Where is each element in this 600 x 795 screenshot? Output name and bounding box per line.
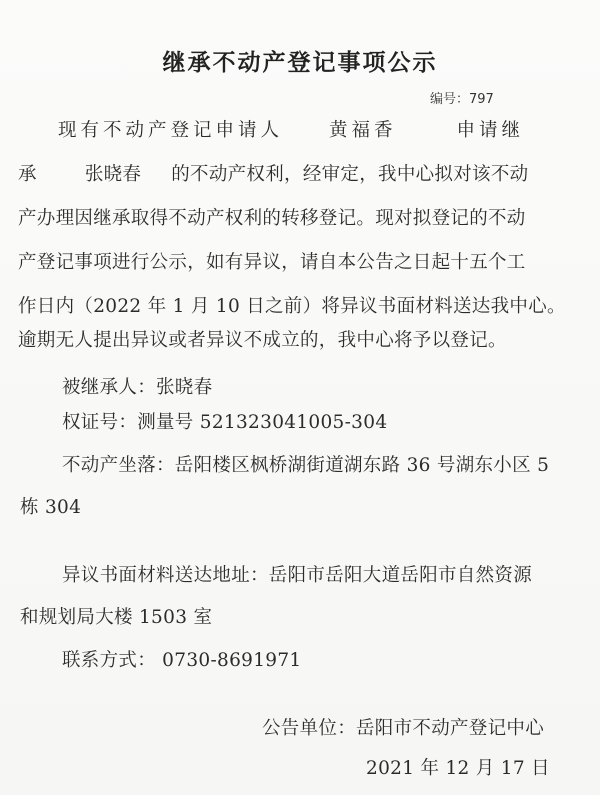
body-line-2-prefix: 承 xyxy=(18,164,37,185)
property-location-line-1: 不动产坐落：岳阳楼区枫桥湖街道湖东路 36 号湖东小区 5 xyxy=(62,453,549,479)
issuer: 公告单位：岳阳市不动产登记中心 xyxy=(262,716,544,742)
contact-info: 联系方式： 0730-8691971 xyxy=(62,648,302,674)
body-line-1: 现有不动产登记申请人黄福香申请继 xyxy=(58,118,524,144)
body-line-1-suffix: 申请继 xyxy=(457,120,525,141)
decedent-detail: 被继承人：张晓春 xyxy=(62,375,212,401)
issue-date: 2021 年 12 月 17 日 xyxy=(366,756,550,782)
objection-address-line-2: 和规划局大楼 1503 室 xyxy=(20,605,212,631)
body-line-2: 承张晓春的不动产权利，经审定，我中心拟对该不动 xyxy=(18,162,528,188)
document-number: 编号：797 xyxy=(430,88,494,107)
body-line-1-prefix: 现有不动产登记申请人 xyxy=(58,120,283,141)
property-location-line-2: 栋 304 xyxy=(20,495,81,521)
objection-address-line-1: 异议书面材料送达地址：岳阳市岳阳大道岳阳市自然资源 xyxy=(62,563,532,589)
body-line-5: 作日内（2022 年 1 月 10 日之前）将异议书面材料送达我中心。 xyxy=(18,294,566,320)
decedent-name: 张晓春 xyxy=(85,164,141,185)
body-line-6: 逾期无人提出异议或者异议不成立的，我中心将予以登记。 xyxy=(18,328,507,354)
page-title: 继承不动产登记事项公示 xyxy=(0,44,600,77)
body-line-3: 产办理因继承取得不动产权利的转移登记。现对拟登记的不动 xyxy=(18,206,526,232)
body-line-2-suffix: 的不动产权利，经审定，我中心拟对该不动 xyxy=(171,164,528,185)
document-page: 继承不动产登记事项公示 编号：797 现有不动产登记申请人黄福香申请继 承张晓春… xyxy=(0,0,600,795)
certificate-number: 权证号：测量号 521323041005-304 xyxy=(62,410,387,436)
applicant-name: 黄福香 xyxy=(329,120,397,141)
body-line-4: 产登记事项进行公示，如有异议，请自本公告之日起十五个工 xyxy=(18,250,526,276)
